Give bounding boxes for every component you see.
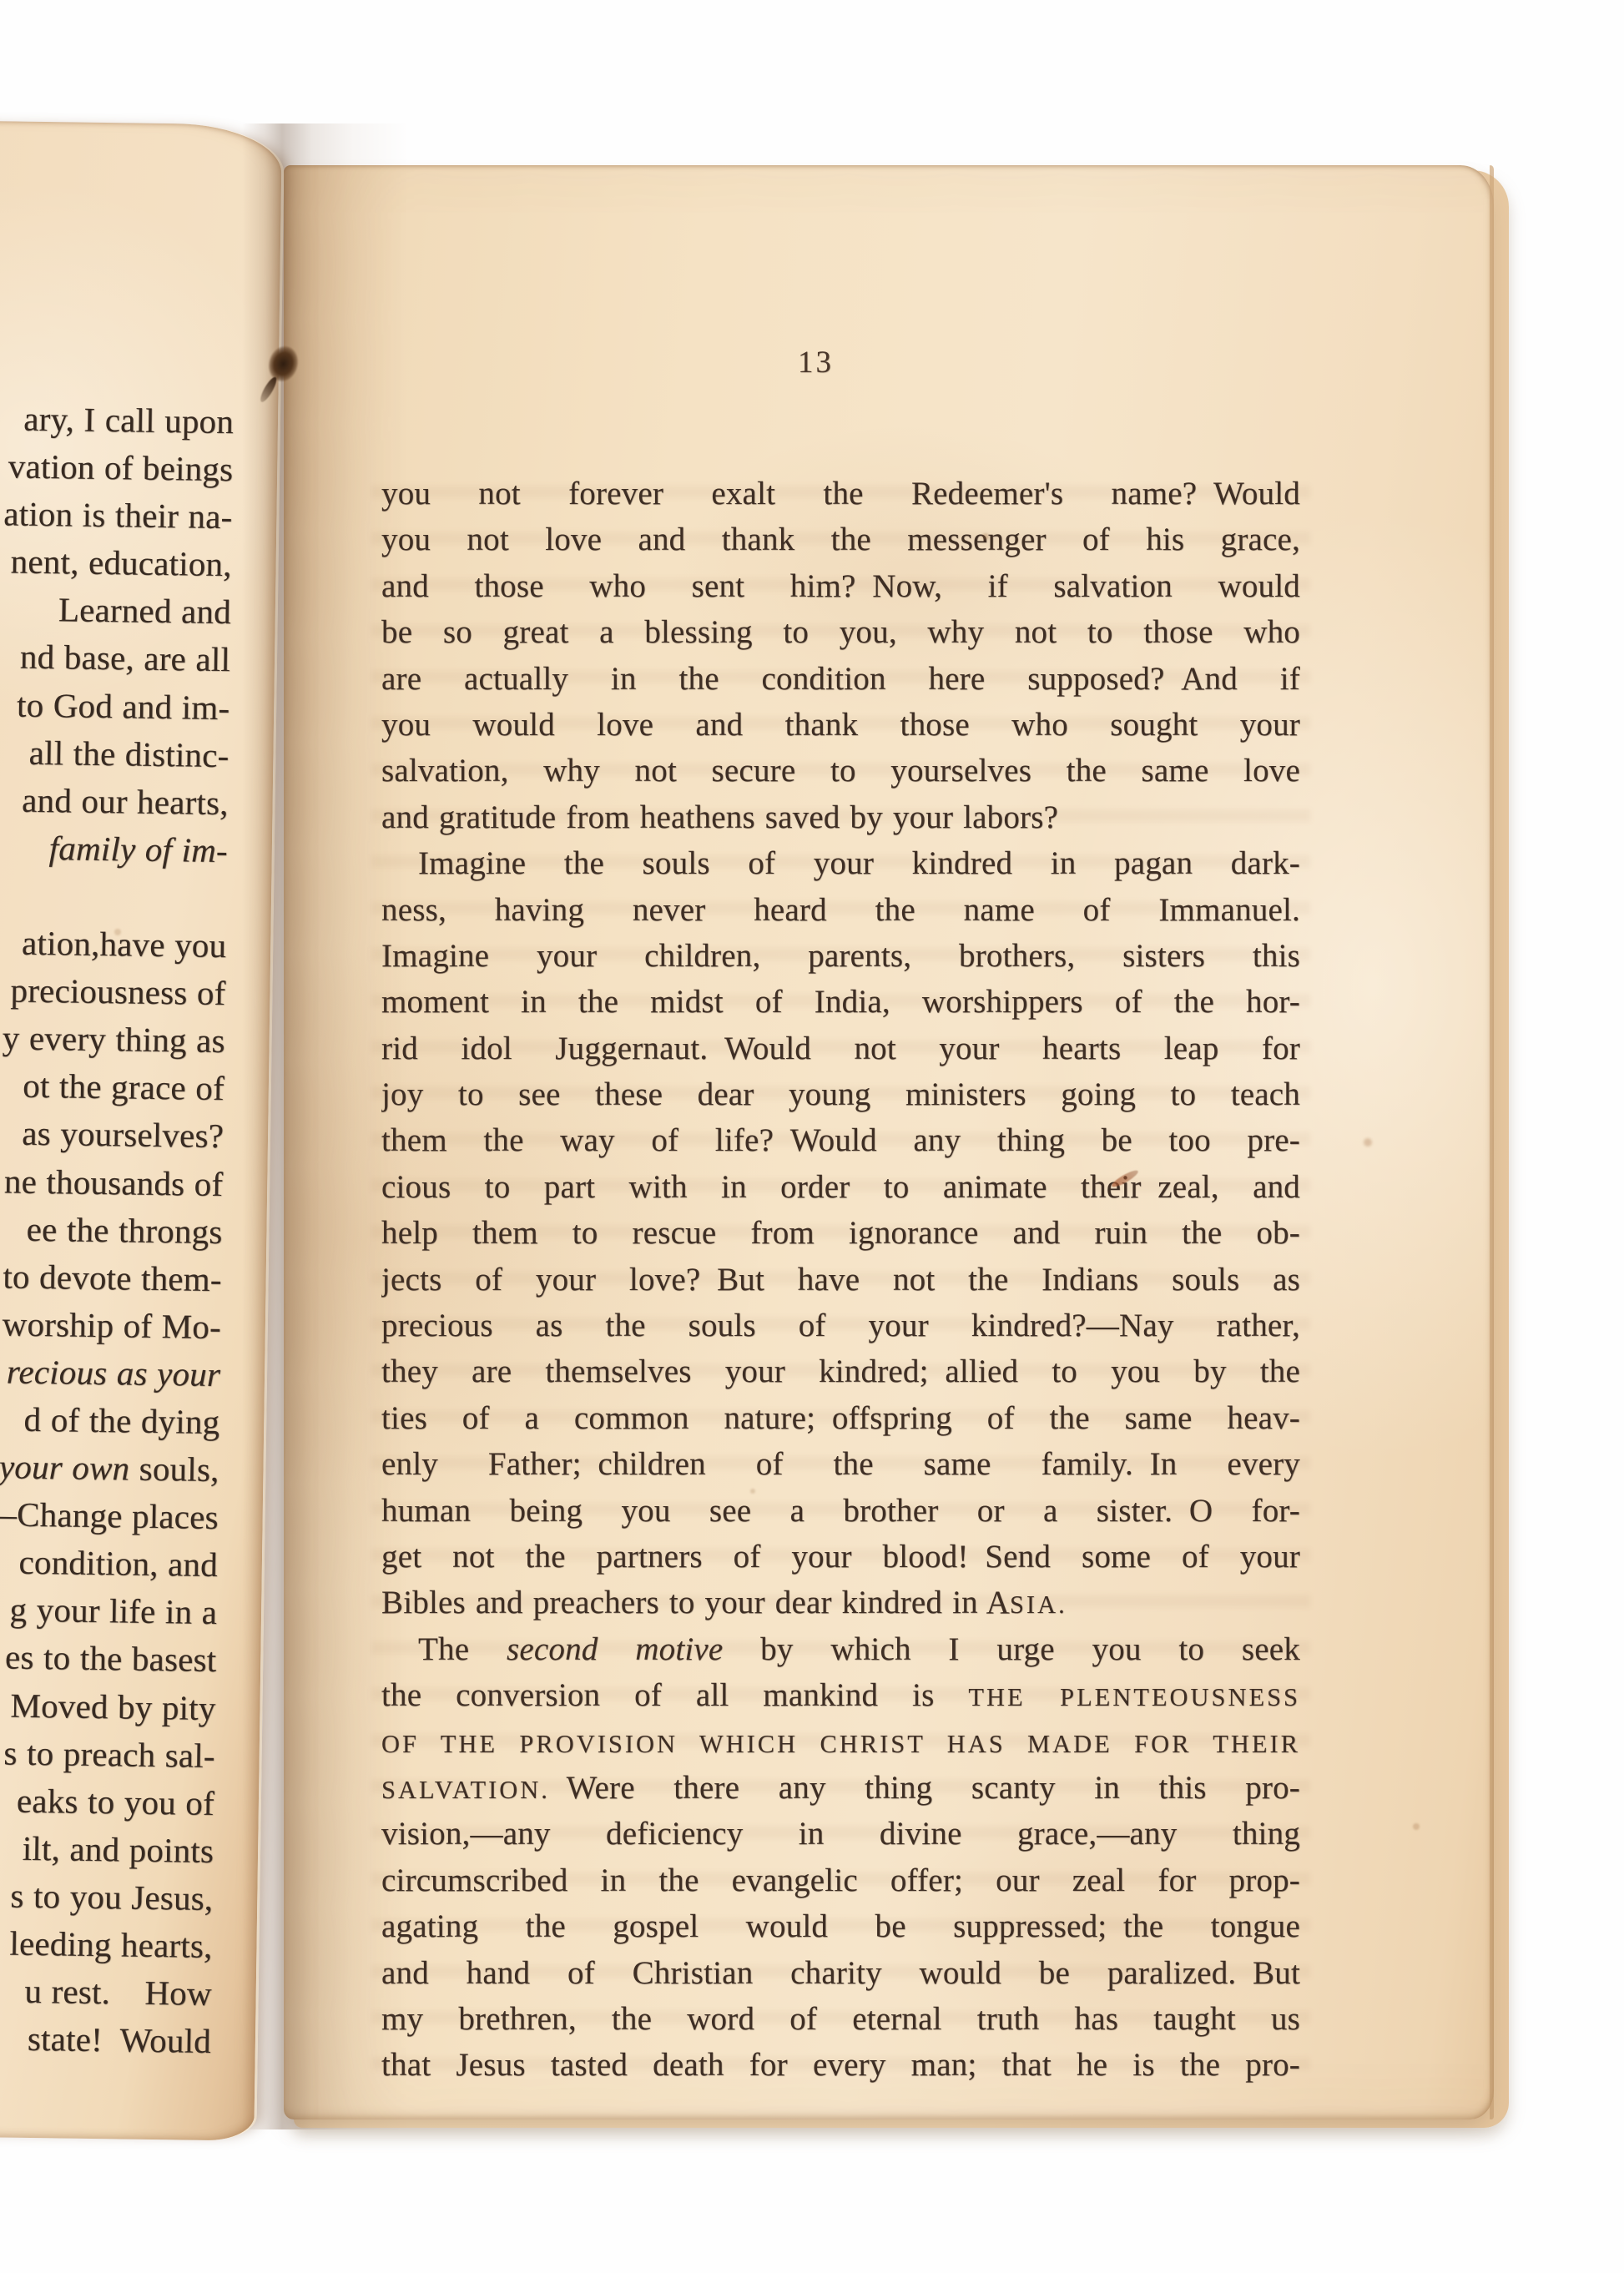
text-segment: souls,: [129, 1449, 219, 1489]
text-segment: cious to part with in order to animate t…: [381, 1169, 1300, 1205]
text-line: salvation, why not secure to yourselves …: [381, 748, 1300, 794]
text-segment: second motive: [507, 1631, 723, 1667]
text-segment: condition, and: [18, 1543, 218, 1584]
text-segment: ation,have you: [22, 924, 227, 965]
text-line: jects of your love? But have not the Ind…: [381, 1257, 1300, 1303]
text-line: vision,—any deficiency in divine grace,—…: [381, 1811, 1300, 1857]
text-segment: as yourselves?: [22, 1114, 224, 1155]
text-line: OF THE PROVISION WHICH CHRIST HAS MADE F…: [381, 1719, 1300, 1765]
text-segment: vation of beings: [8, 447, 234, 489]
text-line: The second motive by which I urge you to…: [381, 1626, 1300, 1672]
text-line: the conversion of all mankind is THE PLE…: [381, 1672, 1300, 1718]
text-line: be so great a blessing to you, why not t…: [381, 609, 1300, 655]
text-segment: Imagine your children, parents, brothers…: [381, 938, 1300, 974]
text-segment: Moved by pity: [10, 1686, 216, 1726]
text-segment: human being you see a brother or a siste…: [381, 1493, 1300, 1529]
right-page-text: you not forever exalt the Redeemer's nam…: [381, 471, 1300, 2089]
text-line: joy to see these dear young ministers go…: [381, 1071, 1300, 1117]
text-line: and hand of Christian charity would be p…: [381, 1950, 1300, 1996]
text-segment: nd base, are all: [20, 638, 231, 679]
foxing-spots: [0, 0, 5, 5]
text-line: circumscribed in the evangelic offer; ou…: [381, 1857, 1300, 1903]
book-photograph: 13 you not forever exalt the Redeemer's …: [0, 0, 1624, 2273]
text-line: are actually in the condition here suppo…: [381, 656, 1300, 702]
text-segment: rid idol Juggernaut. Would not your hear…: [381, 1031, 1300, 1066]
text-segment: to God and im-: [17, 685, 230, 727]
right-page: 13 you not forever exalt the Redeemer's …: [284, 165, 1494, 2119]
text-line: Bibles and preachers to your dear kindre…: [381, 1580, 1300, 1625]
text-segment: help them to rescue from ignorance and r…: [381, 1215, 1300, 1251]
text-segment: OF THE PROVISION WHICH CHRIST HAS MADE F…: [381, 1730, 1300, 1758]
text-line: my brethren, the word of eternal truth h…: [381, 1996, 1300, 2042]
text-segment: leeding hearts,: [9, 1924, 213, 1965]
text-segment: jects of your love? But have not the Ind…: [381, 1262, 1300, 1298]
text-segment: circumscribed in the evangelic offer; ou…: [381, 1862, 1300, 1898]
text-segment: —Change places: [0, 1494, 219, 1536]
text-segment: ne thousands of: [4, 1162, 224, 1203]
text-segment: your own: [0, 1447, 130, 1487]
text-segment: ness, having never heard the name of Imm…: [381, 892, 1300, 928]
text-line: get not the partners of your blood! Send…: [381, 1534, 1300, 1580]
text-segment: all the distinc-: [28, 733, 229, 774]
text-line: human being you see a brother or a siste…: [381, 1488, 1300, 1534]
text-segment: ary, I call upon: [23, 400, 234, 441]
text-segment: and our hearts,: [22, 780, 229, 821]
text-segment: agating the gospel would be suppressed; …: [381, 1908, 1300, 1944]
text-segment: Imagine the souls of your kindred in pag…: [418, 845, 1300, 881]
text-segment: vision,—any deficiency in divine grace,—…: [381, 1816, 1300, 1852]
text-line: rid idol Juggernaut. Would not your hear…: [381, 1026, 1300, 1071]
text-line: SALVATION. Were there any thing scanty i…: [381, 1765, 1300, 1811]
text-segment: THE PLENTEOUSNESS: [968, 1683, 1300, 1711]
text-segment: ot the grace of: [23, 1066, 224, 1107]
text-segment: and hand of Christian charity would be p…: [381, 1955, 1300, 1991]
text-line: and those who sent him? Now, if salvatio…: [381, 563, 1300, 609]
text-segment: by which I urge you to seek: [723, 1631, 1300, 1667]
text-line: ary, I call upon: [0, 388, 234, 446]
left-page: ary, I call uponvation of beingsation is…: [0, 120, 285, 2141]
text-line: agating the gospel would be suppressed; …: [381, 1903, 1300, 1949]
text-segment: that Jesus tasted death for every man; t…: [381, 2047, 1300, 2083]
text-line: help them to rescue from ignorance and r…: [381, 1210, 1300, 1256]
text-segment: s to you Jesus,: [10, 1877, 214, 1918]
text-segment: ilt, and points: [22, 1829, 214, 1870]
text-segment: g your life in a: [9, 1590, 217, 1631]
text-segment: the conversion of all mankind is: [381, 1677, 968, 1713]
text-line: ness, having never heard the name of Imm…: [381, 887, 1300, 933]
text-segment: and gratitude from heathens saved by you…: [381, 799, 1058, 835]
text-segment: them the way of life? Would any thing be…: [381, 1122, 1300, 1158]
text-segment: s to preach sal-: [3, 1733, 215, 1775]
text-segment: are actually in the condition here suppo…: [381, 661, 1300, 697]
page-number: 13: [356, 345, 1275, 381]
text-segment: moment in the midst of India, worshipper…: [381, 984, 1300, 1020]
text-line: you not love and thank the messenger of …: [381, 517, 1300, 562]
text-segment: eaks to you of: [17, 1781, 215, 1822]
text-segment: to devote them-: [3, 1257, 222, 1298]
text-segment: ties of a common nature; offspring of th…: [381, 1400, 1300, 1436]
text-segment: salvation, why not secure to yourselves …: [381, 753, 1300, 789]
text-line: moment in the midst of India, worshipper…: [381, 979, 1300, 1025]
text-segment: family of im-: [48, 829, 228, 869]
text-segment: state! Would: [28, 2019, 212, 2060]
text-segment: worship of Mo-: [2, 1304, 221, 1346]
text-segment: precious as the souls of your kindred?—N…: [381, 1308, 1300, 1343]
text-line: cious to part with in order to animate t…: [381, 1164, 1300, 1210]
text-segment: get not the partners of your blood! Send…: [381, 1539, 1300, 1575]
text-line: precious as the souls of your kindred?—N…: [381, 1303, 1300, 1348]
text-segment: recious as your: [6, 1352, 220, 1394]
text-segment: SALVATION.: [381, 1776, 550, 1804]
text-segment: and those who sent him? Now, if salvatio…: [381, 568, 1300, 604]
text-segment: joy to see these dear young ministers go…: [381, 1076, 1300, 1112]
text-segment: ation is their na-: [3, 495, 233, 537]
text-segment: ee the throngs: [26, 1209, 222, 1250]
text-segment: Bibles and preachers to your dear kindre…: [381, 1585, 1010, 1620]
text-segment: u rest. How: [24, 1972, 212, 2013]
text-segment: SIA.: [1010, 1590, 1067, 1619]
text-line: them the way of life? Would any thing be…: [381, 1117, 1300, 1163]
text-segment: preciousness of: [10, 971, 226, 1013]
text-segment: es to the basest: [5, 1638, 217, 1680]
text-line: enly Father; children of the same family…: [381, 1441, 1300, 1487]
text-segment: you not forever exalt the Redeemer's nam…: [381, 476, 1300, 512]
text-segment: you would love and thank those who sough…: [381, 707, 1300, 743]
text-segment: enly Father; children of the same family…: [381, 1446, 1300, 1482]
text-line: ties of a common nature; offspring of th…: [381, 1395, 1300, 1441]
text-line: you not forever exalt the Redeemer's nam…: [381, 471, 1300, 517]
text-line: they are themselves your kindred; allied…: [381, 1348, 1300, 1394]
text-segment: be so great a blessing to you, why not t…: [381, 614, 1300, 650]
text-line: Imagine your children, parents, brothers…: [381, 933, 1300, 979]
text-segment: The: [418, 1631, 507, 1667]
left-page-text: ary, I call uponvation of beingsation is…: [0, 388, 234, 2066]
text-segment: nent, education,: [10, 542, 232, 584]
text-segment: Learned and: [58, 591, 232, 632]
text-segment: y every thing as: [2, 1019, 225, 1061]
text-segment: they are themselves your kindred; allied…: [381, 1353, 1300, 1389]
text-segment: Were there any thing scanty in this pro-: [550, 1770, 1300, 1806]
text-segment: my brethren, the word of eternal truth h…: [381, 2001, 1300, 2037]
text-segment: d of the dying: [23, 1400, 219, 1441]
text-line: and gratitude from heathens saved by you…: [381, 794, 1300, 840]
text-line: Imagine the souls of your kindred in pag…: [381, 840, 1300, 886]
text-line: you would love and thank those who sough…: [381, 702, 1300, 748]
text-line: that Jesus tasted death for every man; t…: [381, 2042, 1300, 2088]
text-segment: you not love and thank the messenger of …: [381, 522, 1300, 557]
